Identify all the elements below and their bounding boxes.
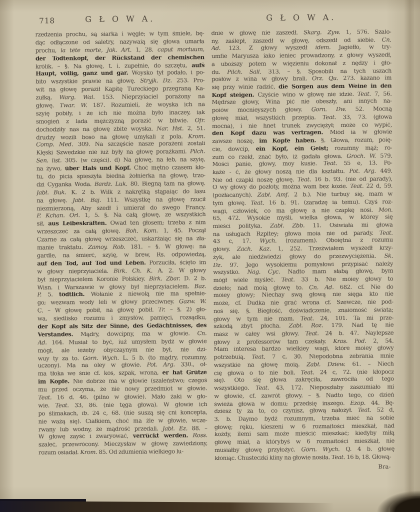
scan-corner-shadow bbox=[390, 496, 420, 512]
page-content: 718 G Ł O W A. G Ł O W A. rzedzenia proc… bbox=[0, 0, 420, 512]
scan-table-edge bbox=[0, 501, 348, 512]
running-title-left: G Ł O W A. bbox=[36, 14, 204, 24]
text-column-right: dnie w głowę nie zaszedł. Skarg. Żyw. 1,… bbox=[211, 30, 394, 464]
text-column-left: rzedzenia prochu, są siarka i węgle; w t… bbox=[35, 31, 207, 458]
scanned-book-page: 718 G Ł O W A. G Ł O W A. rzedzenia proc… bbox=[0, 0, 420, 512]
catchword: Bra- bbox=[215, 465, 391, 472]
paper: 718 G Ł O W A. G Ł O W A. rzedzenia proc… bbox=[0, 0, 420, 512]
running-title-right: G Ł O W A. bbox=[211, 13, 391, 23]
